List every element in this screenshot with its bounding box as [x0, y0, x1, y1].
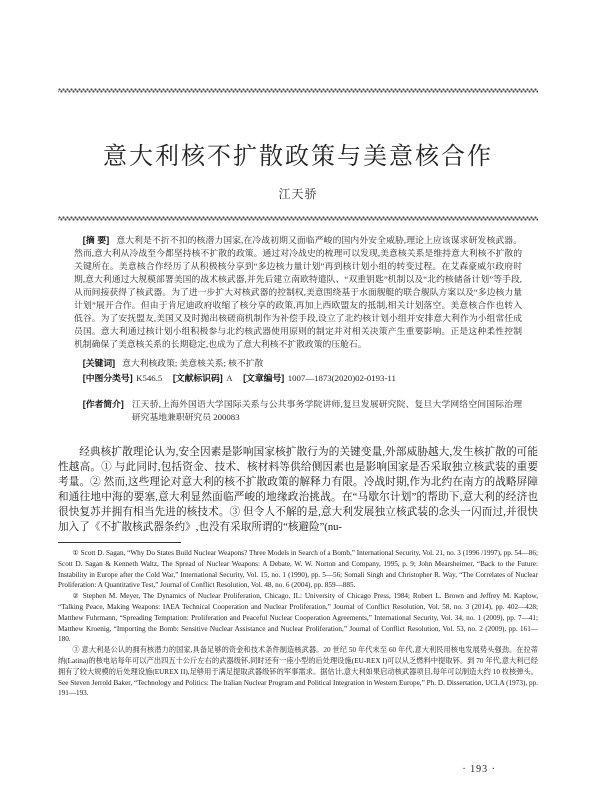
footnote-item: ② Stephen M. Meyer, The Dynamics of Nucl… — [58, 591, 538, 645]
clc-value: K546.5 — [136, 373, 162, 383]
abstract-text: 意大利是不折不扣的核潜力国家,在冷战初期又面临严峻的国内外安全威胁,理论上应该谋… — [74, 235, 522, 349]
footnote-item: ③ 意大利是公认的拥有核潜力的国家,具备足够的资金和技术条件制造核武器。20 世… — [58, 645, 538, 699]
body-paragraph: 经典核扩散理论认为,安全因素是影响国家核扩散行为的关键变量,外部威胁越大,发生核… — [58, 445, 538, 535]
abstract-paragraph: [摘 要]意大利是不折不扣的核潜力国家,在冷战初期又面临严峻的国内外安全威胁,理… — [74, 234, 522, 351]
footnote-item: ① Scott D. Sagan, “Why Do States Build N… — [58, 548, 538, 591]
doc-code-value: A — [226, 373, 232, 383]
classification-row: [中图分类号]K546.5[文献标识码]A[文章编号]1007—1873(202… — [74, 372, 522, 385]
keywords-text: 意大利核政策; 美意核关系; 核不扩散 — [122, 358, 263, 368]
bio-text: 江天骄,上海外国语大学国际关系与公共事务学院讲师,复旦发展研究院、复旦大学网络空… — [132, 398, 522, 424]
journal-page: 意大利核不扩散政策与美意核合作 江天骄 [摘 要]意大利是不折不扣的核潜力国家,… — [0, 0, 596, 812]
keywords-label: [关键词] — [83, 358, 115, 368]
keywords-row: [关键词]意大利核政策; 美意核关系; 核不扩散 — [74, 357, 522, 370]
bio-label: [作者简介] — [83, 398, 124, 424]
article-id-value: 1007—1873(2020)02-0193-11 — [288, 373, 396, 383]
decorative-border-top — [58, 88, 538, 93]
page-number: · 193 · — [462, 764, 496, 775]
footnotes-section: ① Scott D. Sagan, “Why Do States Build N… — [58, 548, 538, 699]
author-bio-row: [作者简介] 江天骄,上海外国语大学国际关系与公共事务学院讲师,复旦发展研究院、… — [83, 398, 522, 424]
article-title: 意大利核不扩散政策与美意核合作 — [58, 143, 538, 171]
article-id-label: [文章编号] — [243, 373, 284, 383]
clc-label: [中图分类号] — [83, 373, 133, 383]
footnote-separator — [58, 542, 181, 543]
doc-code-label: [文献标识码] — [173, 373, 223, 383]
abstract-label: [摘 要] — [83, 235, 109, 245]
decorative-border-bottom — [58, 216, 538, 221]
author-name: 江天骄 — [58, 185, 538, 202]
front-matter: [摘 要]意大利是不折不扣的核潜力国家,在冷战初期又面临严峻的国内外安全威胁,理… — [74, 234, 522, 424]
